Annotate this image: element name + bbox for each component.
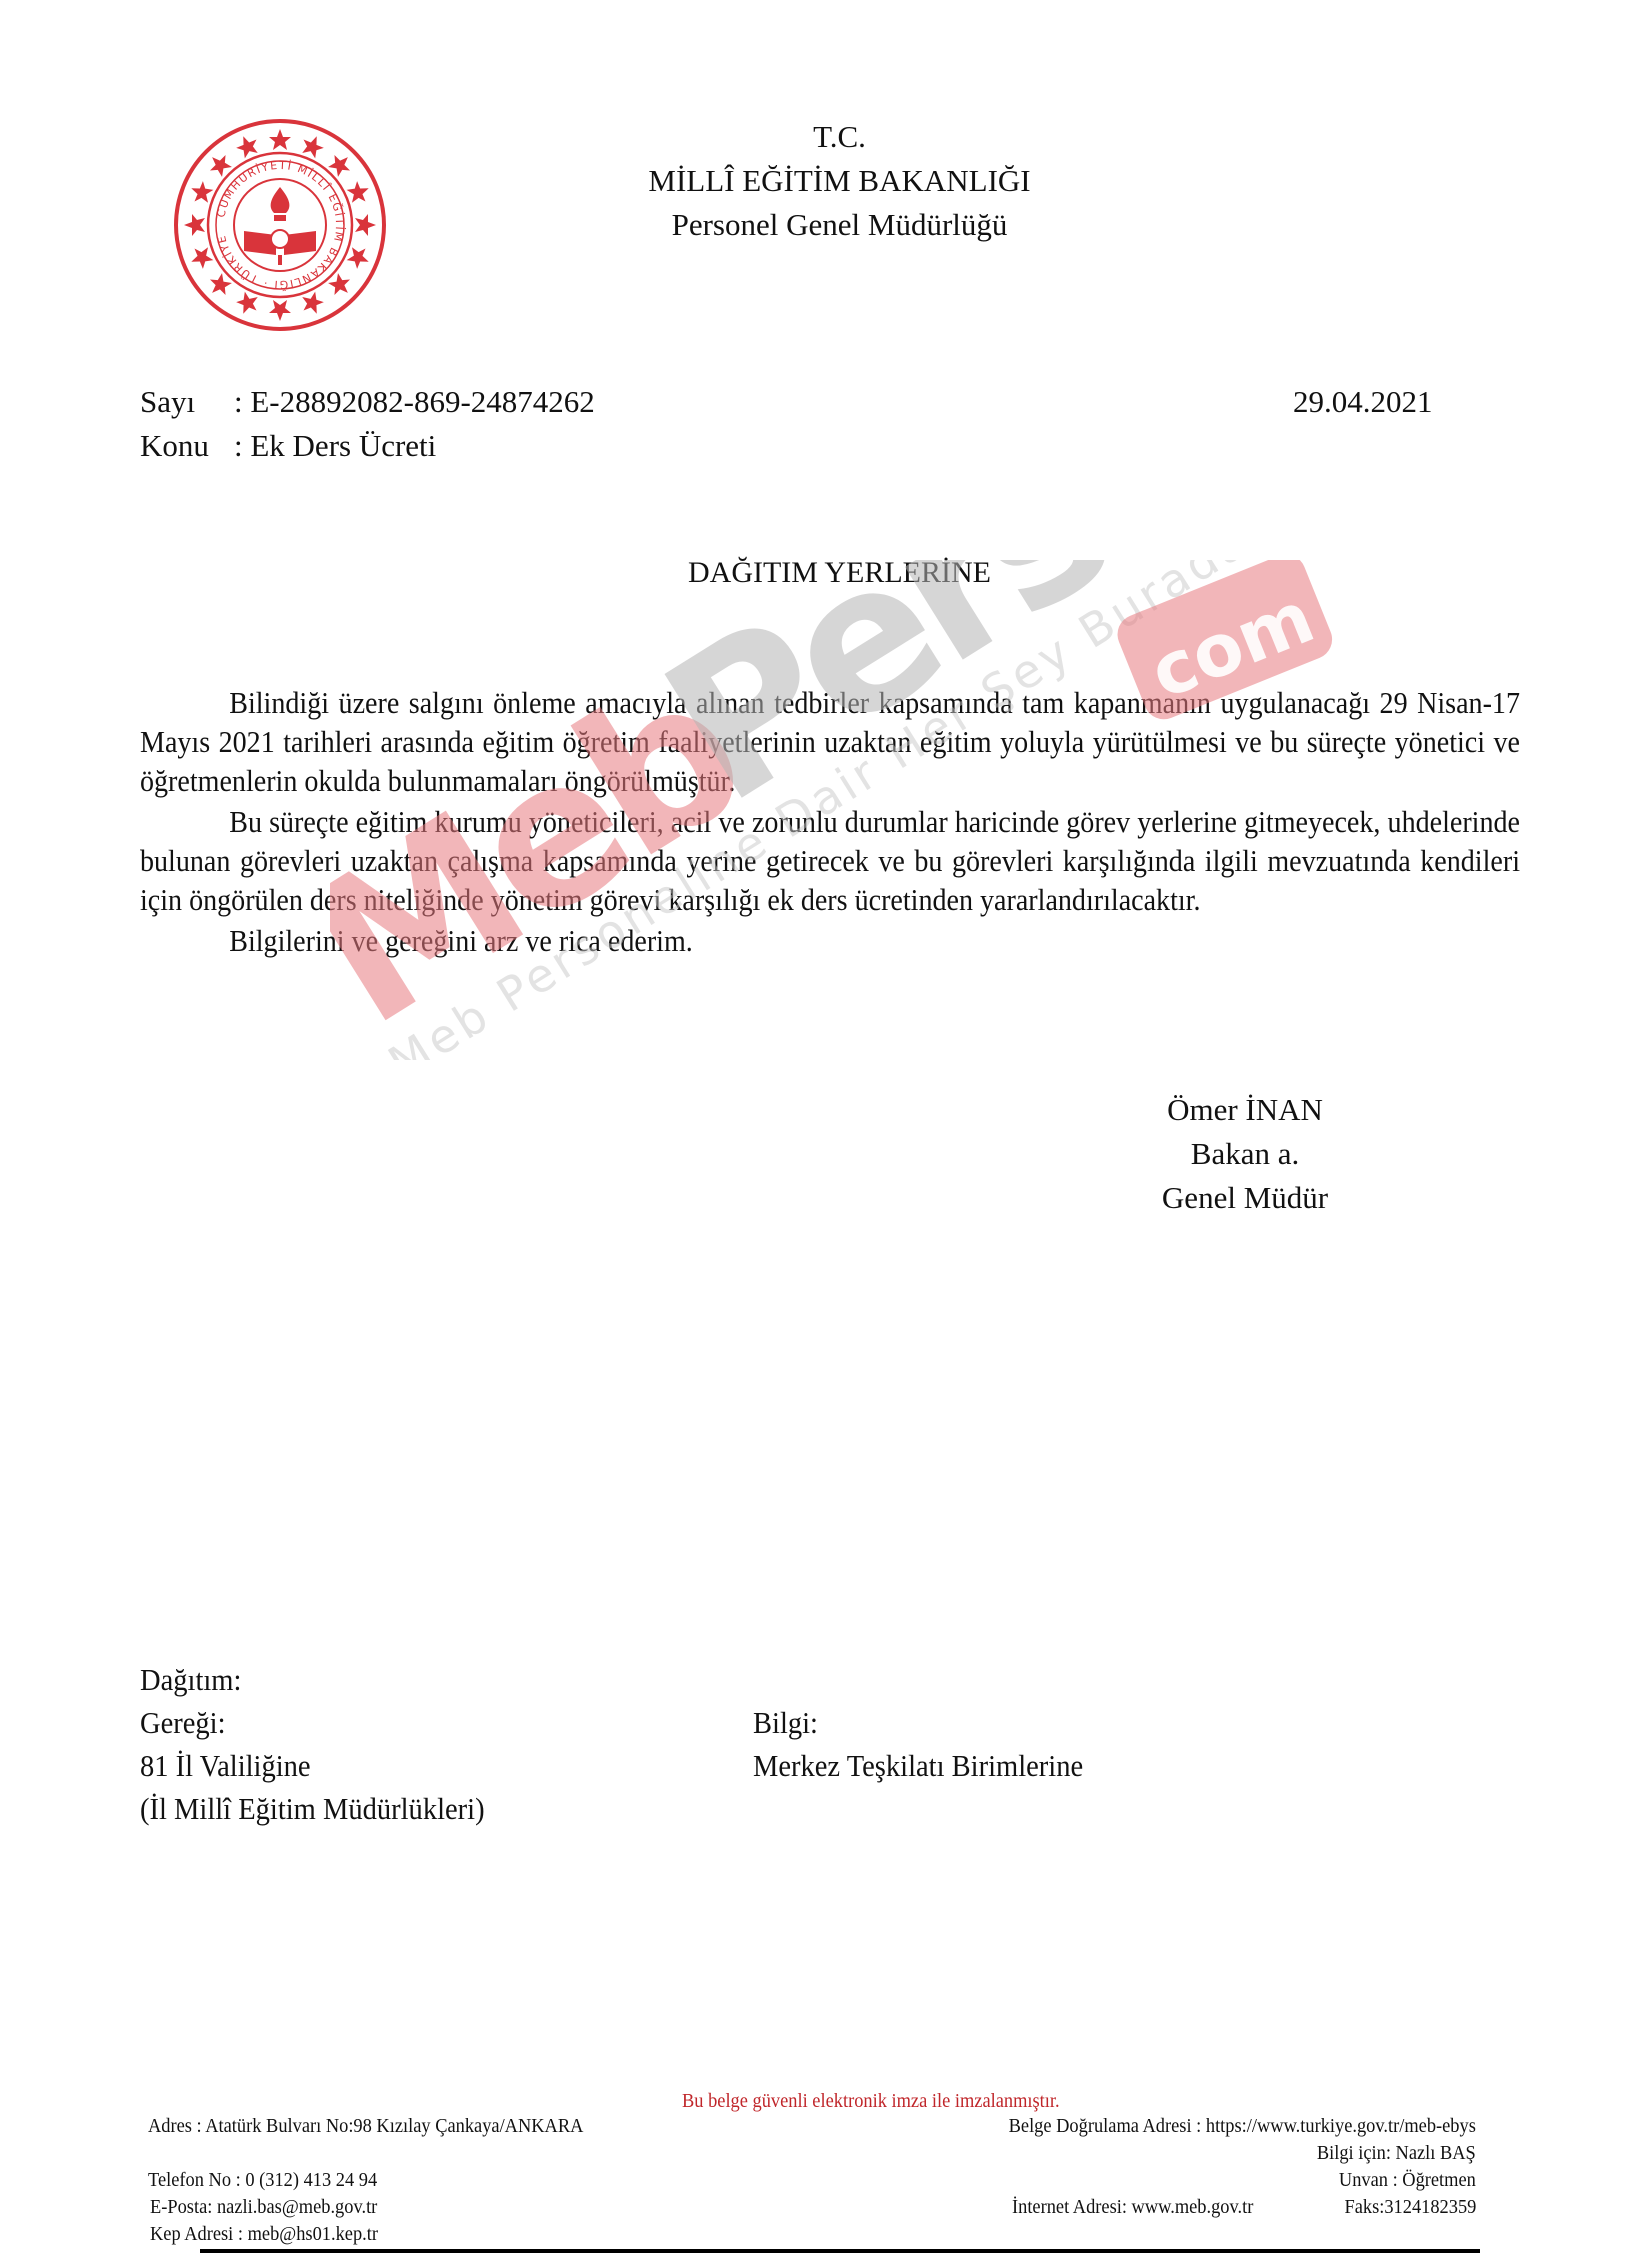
footer-phone: Telefon No : 0 (312) 413 24 94 <box>148 2169 377 2192</box>
header-country: T.C. <box>0 115 1649 159</box>
footer-email[interactable]: E-Posta: nazli.bas@meb.gov.tr <box>150 2196 377 2219</box>
signatory-name: Ömer İNAN <box>1080 1088 1410 1132</box>
header: T.C. MİLLÎ EĞİTİM BAKANLIĞI Personel Gen… <box>0 115 1649 247</box>
sayi-value: : E-28892082-869-24874262 <box>234 384 595 420</box>
signature-block: Ömer İNAN Bakan a. Genel Müdür <box>1080 1088 1410 1220</box>
footer-verify-url[interactable]: Belge Doğrulama Adresi : https://www.tur… <box>1009 2115 1476 2138</box>
footer-info-contact: Bilgi için: Nazlı BAŞ <box>1317 2142 1476 2165</box>
footer-internet[interactable]: İnternet Adresi: www.meb.gov.tr <box>1012 2196 1253 2219</box>
recipient-text: DAĞITIM YERLERİNE <box>658 556 991 589</box>
konu-label: Konu <box>140 428 209 464</box>
footer-address: Adres : Atatürk Bulvarı No:98 Kızılay Ça… <box>148 2115 583 2138</box>
esign-notice: Bu belge güvenli elektronik imza ile imz… <box>682 2090 1060 2113</box>
document-date: 29.04.2021 <box>1293 384 1433 420</box>
bilgi-item-1: Merkez Teşkilatı Birimlerine <box>753 1748 1083 1784</box>
distribution-heading: Dağıtım: <box>140 1662 241 1698</box>
gerekli-label: Gereği: <box>140 1705 226 1741</box>
signatory-title-2: Genel Müdür <box>1080 1176 1410 1220</box>
footer-rule <box>200 2249 1480 2253</box>
footer-kep: Kep Adresi : meb@hs01.kep.tr <box>150 2223 378 2246</box>
header-ministry: MİLLÎ EĞİTİM BAKANLIĞI <box>0 159 1649 203</box>
header-department: Personel Genel Müdürlüğü <box>0 203 1649 247</box>
signatory-title-1: Bakan a. <box>1080 1132 1410 1176</box>
footer-fax: Faks:3124182359 <box>1344 2196 1476 2219</box>
recipient-heading: DAĞITIM YERLERİNE <box>0 556 1649 590</box>
body-paragraph-3: Bilgilerini ve gereğini arz ve rica eder… <box>140 922 1520 961</box>
bilgi-label: Bilgi: <box>753 1705 818 1741</box>
footer-unvan: Unvan : Öğretmen <box>1339 2169 1476 2192</box>
letter-body: Bilindiği üzere salgını önleme amacıyla … <box>140 684 1520 961</box>
body-paragraph-1: Bilindiği üzere salgını önleme amacıyla … <box>140 684 1520 801</box>
konu-value: : Ek Ders Ücreti <box>234 428 436 464</box>
gerekli-item-2: (İl Millî Eğitim Müdürlükleri) <box>140 1791 485 1827</box>
sayi-label: Sayı <box>140 384 195 420</box>
gerekli-item-1: 81 İl Valiliğine <box>140 1748 311 1784</box>
body-paragraph-2: Bu süreçte eğitim kurumu yöneticileri, a… <box>140 803 1520 920</box>
